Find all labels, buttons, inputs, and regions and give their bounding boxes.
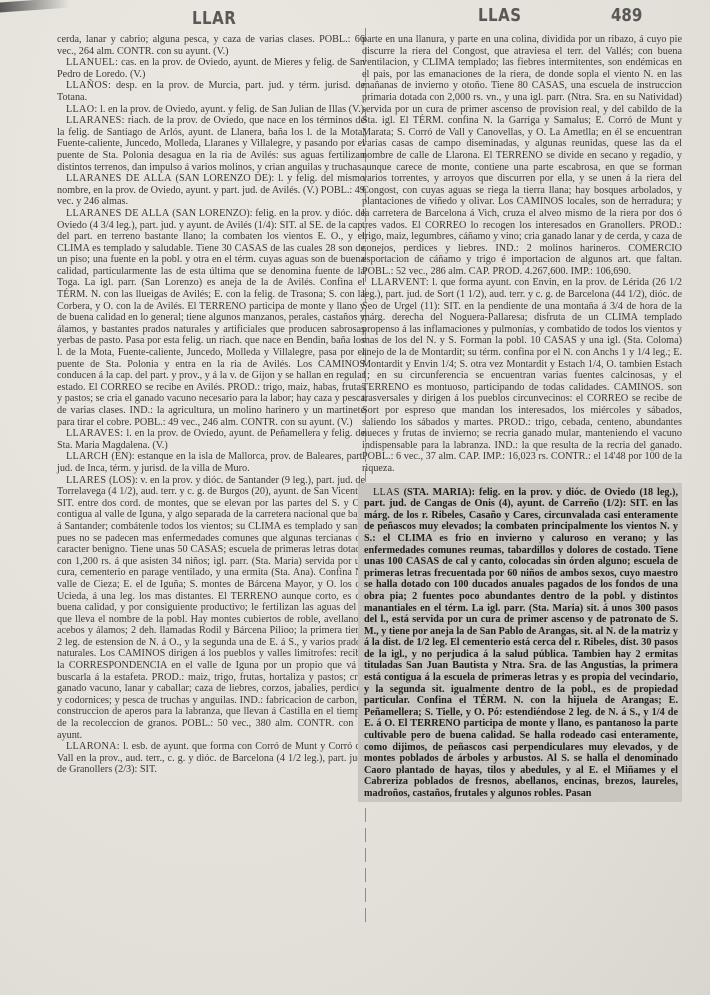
entry: parte en una llanura, y parte en una col…	[362, 34, 682, 277]
entry-headword: LLARANES:	[66, 115, 125, 126]
page-number: 489	[611, 4, 642, 26]
left-running-head: LLAR	[192, 7, 236, 29]
entry: LLANUEL: cas. en la prov. de Oviedo, ayu…	[57, 57, 365, 80]
entry: LLARAVES: l. en la prov. de Oviedo, ayun…	[57, 428, 365, 451]
entry-text: cerda, lanar y cabrio; alguna pesca, y c…	[57, 34, 365, 57]
left-column: cerda, lanar y cabrio; alguna pesca, y c…	[57, 34, 365, 776]
entry: LLAS (STA. MARIA): felig. en la prov. y …	[364, 487, 678, 800]
entry: LLAO: l. en la prov. de Oviedo, ayunt. y…	[57, 104, 365, 116]
entry: LLARANES: riach. de la prov. de Oviedo, …	[57, 115, 365, 173]
right-running-head: LLAS	[478, 4, 522, 26]
entry-text: parte en una llanura, y parte en una col…	[362, 34, 682, 277]
entry: LLARONA: l. esb. de ayunt. que forma con…	[57, 741, 365, 776]
right-column: parte en una llanura, y parte en una col…	[362, 34, 682, 802]
entry-headword: LLAÑOS:	[66, 80, 111, 91]
entry-headword: LLARANES DE ALLA	[66, 208, 170, 219]
entry-text: (STA. MARIA): felig. en la prov. y dióc.…	[364, 487, 678, 799]
entry-text: (SAN LORENZO): felig. en la prov. y dióc…	[57, 208, 365, 428]
entry-headword: LLARANES DE ALLA	[66, 173, 172, 184]
entry: LLARANES DE ALLA (SAN LORENZO DE): l. y …	[57, 173, 365, 208]
entry-headword: LLARCH	[66, 451, 109, 462]
entry: LLARES (LOS): v. en la prov. y dióc. de …	[57, 475, 365, 742]
running-head: LLAR LLAS 489	[0, 6, 710, 26]
entry: cerda, lanar y cabrio; alguna pesca, y c…	[57, 34, 365, 57]
entry-headword: LLAS	[373, 487, 400, 498]
entry: LLARANES DE ALLA (SAN LORENZO): felig. e…	[57, 208, 365, 428]
entry-headword: LLANUEL:	[66, 57, 118, 68]
entry-headword: LLAO:	[66, 104, 98, 115]
entry-headword: LLARES	[66, 475, 106, 486]
entry: LLAÑOS: desp. en la prov. de Murcia, par…	[57, 80, 365, 103]
entry-headword: LLARAVES:	[66, 428, 123, 439]
entry: LLARVENT: l. que forma ayunt. con Envin,…	[362, 277, 682, 474]
entry-headword: LLARONA:	[66, 741, 120, 752]
entry-text: l. que forma ayunt. con Envin, en la pro…	[362, 277, 682, 474]
entry-headword: LLARVENT:	[371, 277, 429, 288]
entry-text: l. en la prov. de Oviedo, ayunt. y felig…	[100, 104, 364, 115]
entry-text: (LOS): v. en la prov. y dióc. de Santand…	[57, 475, 365, 741]
highlighted-entry-block: LLAS (STA. MARIA): felig. en la prov. y …	[358, 483, 682, 802]
entry: LLARCH (EN): estanque en la isla de Mall…	[57, 451, 365, 474]
